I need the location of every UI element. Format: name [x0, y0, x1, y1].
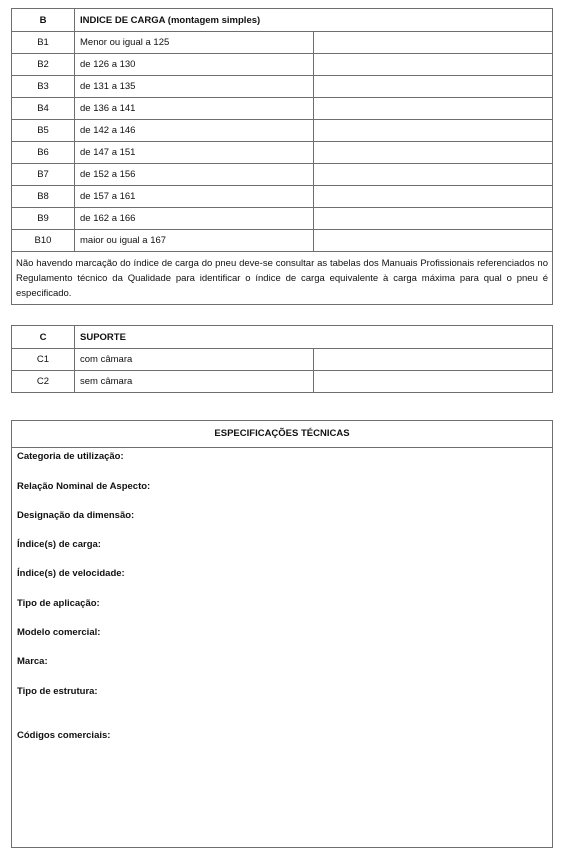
spec-field-label: Designação da dimensão: — [17, 510, 134, 521]
load-index-row: B2de 126 a 130 — [12, 54, 553, 76]
support-label: com câmara — [75, 349, 314, 371]
spec-field-label: Categoria de utilização: — [17, 451, 124, 462]
spec-field-label: Tipo de aplicação: — [17, 598, 100, 609]
load-index-label: de 147 a 151 — [75, 142, 314, 164]
load-index-code-header: B — [12, 9, 75, 32]
load-index-row: B8de 157 a 161 — [12, 186, 553, 208]
technical-specs-title: ESPECIFICAÇÕES TÉCNICAS — [12, 421, 552, 448]
load-index-label: maior ou igual a 167 — [75, 230, 314, 252]
load-index-value-cell[interactable] — [314, 142, 553, 164]
load-index-code: B5 — [12, 120, 75, 142]
load-index-label: de 131 a 135 — [75, 76, 314, 98]
load-index-row: B5de 142 a 146 — [12, 120, 553, 142]
load-index-code: B8 — [12, 186, 75, 208]
support-label: sem câmara — [75, 371, 314, 393]
load-index-row: B1Menor ou igual a 125 — [12, 32, 553, 54]
spec-field-label: Índice(s) de carga: — [17, 539, 101, 550]
support-row: C2sem câmara — [12, 371, 553, 393]
support-table: C SUPORTE C1com câmaraC2sem câmara — [11, 325, 553, 393]
load-index-title: INDICE DE CARGA (montagem simples) — [75, 9, 553, 32]
load-index-code: B7 — [12, 164, 75, 186]
load-index-code: B3 — [12, 76, 75, 98]
load-index-row: B6de 147 a 151 — [12, 142, 553, 164]
load-index-label: de 142 a 146 — [75, 120, 314, 142]
support-code-header: C — [12, 326, 75, 349]
load-index-row: B7de 152 a 156 — [12, 164, 553, 186]
load-index-row: B3de 131 a 135 — [12, 76, 553, 98]
load-index-label: de 162 a 166 — [75, 208, 314, 230]
load-index-row: B9de 162 a 166 — [12, 208, 553, 230]
support-value-cell[interactable] — [314, 371, 553, 393]
load-index-label: de 136 a 141 — [75, 98, 314, 120]
load-index-value-cell[interactable] — [314, 230, 553, 252]
load-index-row: B4de 136 a 141 — [12, 98, 553, 120]
technical-specs-box: ESPECIFICAÇÕES TÉCNICAS Categoria de uti… — [11, 420, 553, 848]
spec-field-label: Relação Nominal de Aspecto: — [17, 481, 150, 492]
load-index-label: de 126 a 130 — [75, 54, 314, 76]
support-title: SUPORTE — [75, 326, 553, 349]
load-index-code: B2 — [12, 54, 75, 76]
support-value-cell[interactable] — [314, 349, 553, 371]
load-index-code: B1 — [12, 32, 75, 54]
load-index-row: B10maior ou igual a 167 — [12, 230, 553, 252]
load-index-label: Menor ou igual a 125 — [75, 32, 314, 54]
spec-field-label: Marca: — [17, 656, 48, 667]
spec-field-label: Índice(s) de velocidade: — [17, 568, 125, 579]
load-index-code: B6 — [12, 142, 75, 164]
load-index-code: B10 — [12, 230, 75, 252]
load-index-value-cell[interactable] — [314, 186, 553, 208]
load-index-label: de 152 a 156 — [75, 164, 314, 186]
load-index-code: B9 — [12, 208, 75, 230]
load-index-header-row: B INDICE DE CARGA (montagem simples) — [12, 9, 553, 32]
load-index-table: B INDICE DE CARGA (montagem simples) B1M… — [11, 8, 553, 305]
support-code: C2 — [12, 371, 75, 393]
load-index-value-cell[interactable] — [314, 54, 553, 76]
load-index-code: B4 — [12, 98, 75, 120]
load-index-label: de 157 a 161 — [75, 186, 314, 208]
spec-field-label: Tipo de estrutura: — [17, 686, 98, 697]
load-index-value-cell[interactable] — [314, 32, 553, 54]
support-row: C1com câmara — [12, 349, 553, 371]
support-code: C1 — [12, 349, 75, 371]
load-index-value-cell[interactable] — [314, 98, 553, 120]
spec-field-label: Modelo comercial: — [17, 627, 100, 638]
load-index-value-cell[interactable] — [314, 120, 553, 142]
spec-field-label: Códigos comerciais: — [17, 730, 110, 741]
load-index-note: Não havendo marcação do índice de carga … — [12, 252, 553, 305]
load-index-value-cell[interactable] — [314, 208, 553, 230]
support-header-row: C SUPORTE — [12, 326, 553, 349]
load-index-value-cell[interactable] — [314, 76, 553, 98]
load-index-value-cell[interactable] — [314, 164, 553, 186]
